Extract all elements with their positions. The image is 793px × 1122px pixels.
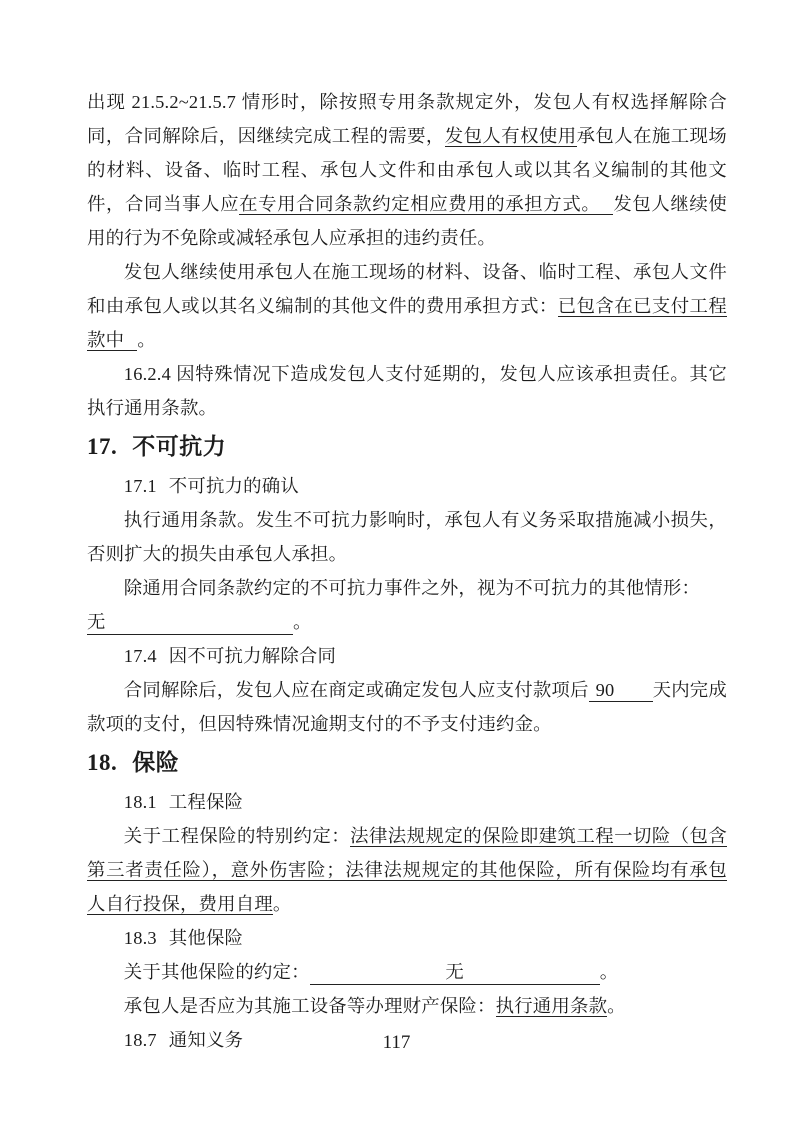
text-run: 承包人是否应为其施工设备等办理财产保险： (124, 996, 496, 1016)
clause-title: 工程保险 (169, 792, 243, 812)
paragraph-termination-continuation: 出现 21.5.2~21.5.7 情形时，除按照专用条款规定外，发包人有权选择解… (87, 85, 727, 255)
fill-in-blank: 无 (310, 958, 600, 985)
paragraph-property-insurance: 承包人是否应为其施工设备等办理财产保险：执行通用条款。 (87, 989, 727, 1023)
clause-title: 因不可抗力解除合同 (169, 646, 336, 666)
text-run: 除通用合同条款约定的不可抗力事件之外，视为不可抗力的其他情形： (124, 578, 700, 598)
paragraph-force-majeure-confirm: 执行通用条款。发生不可抗力影响时，承包人有义务采取措施减小损失，否则扩大的损失由… (87, 503, 727, 571)
clause-subheading-18-3: 18.3其他保险 (87, 921, 727, 955)
document-page: 出现 21.5.2~21.5.7 情形时，除按照专用条款规定外，发包人有权选择解… (0, 0, 793, 1122)
text-run: 。 (293, 612, 312, 632)
section-title: 保险 (132, 750, 179, 775)
text-run: 。 (600, 962, 619, 982)
paragraph-cost-bearing: 发包人继续使用承包人在施工现场的材料、设备、临时工程、承包人文件和由承包人或以其… (87, 255, 727, 357)
underlined-text: 在专用合同条款约定相应费用的承担方式。 (239, 194, 613, 215)
text-run: 执行通用条款。发生不可抗力影响时，承包人有义务采取措施减小损失，否则扩大的损失由… (87, 510, 727, 564)
section-number: 17. (87, 434, 117, 459)
paragraph-payment-after-termination: 合同解除后，发包人应在商定或确定发包人应支付款项后90天内完成款项的支付，但因特… (87, 673, 727, 741)
underlined-text: 执行通用条款 (496, 996, 608, 1017)
clause-number: 18.3 (124, 928, 157, 948)
clause-subheading-17-1: 17.1不可抗力的确认 (87, 469, 727, 503)
fill-in-blank: 无 (87, 608, 293, 635)
clause-number: 17.4 (124, 646, 157, 666)
paragraph-clause-16-2-4: 16.2.4 因特殊情况下造成发包人支付延期的，发包人应该承担责任。其它执行通用… (87, 357, 727, 425)
paragraph-other-circumstances-label: 除通用合同条款约定的不可抗力事件之外，视为不可抗力的其他情形： (87, 571, 727, 605)
fill-in-blank-days: 90 (589, 680, 653, 702)
text-run: 。 (137, 330, 156, 350)
clause-title: 其他保险 (169, 928, 243, 948)
text-run: 关于工程保险的特别约定： (124, 826, 350, 846)
page-number: 117 (0, 1028, 793, 1058)
paragraph-other-insurance: 关于其他保险的约定：无。 (87, 955, 727, 989)
clause-number: 17.1 (124, 476, 157, 496)
section-title: 不可抗力 (132, 434, 226, 459)
section-heading-17: 17.不可抗力 (87, 425, 727, 469)
clause-number: 18.1 (124, 792, 157, 812)
clause-subheading-18-1: 18.1工程保险 (87, 785, 727, 819)
text-run: 关于其他保险的约定： (124, 962, 310, 982)
text-run: 。 (607, 996, 626, 1016)
underlined-text: 发包人有权使用 (445, 126, 577, 147)
text-run: 合同解除后，发包人应在商定或确定发包人应支付款项后 (124, 680, 589, 700)
section-heading-18: 18.保险 (87, 741, 727, 785)
paragraph-engineering-insurance: 关于工程保险的特别约定：法律法规规定的保险即建筑工程一切险（包含第三者责任险），… (87, 819, 727, 921)
document-body: 出现 21.5.2~21.5.7 情形时，除按照专用条款规定外，发包人有权选择解… (87, 85, 727, 1057)
clause-subheading-17-4: 17.4因不可抗力解除合同 (87, 639, 727, 673)
clause-title: 不可抗力的确认 (169, 476, 299, 496)
paragraph-other-circumstances-answer: 无。 (87, 605, 727, 639)
section-number: 18. (87, 750, 117, 775)
text-run: 。 (273, 894, 292, 914)
text-run: 16.2.4 因特殊情况下造成发包人支付延期的，发包人应该承担责任。其它执行通用… (87, 364, 727, 418)
